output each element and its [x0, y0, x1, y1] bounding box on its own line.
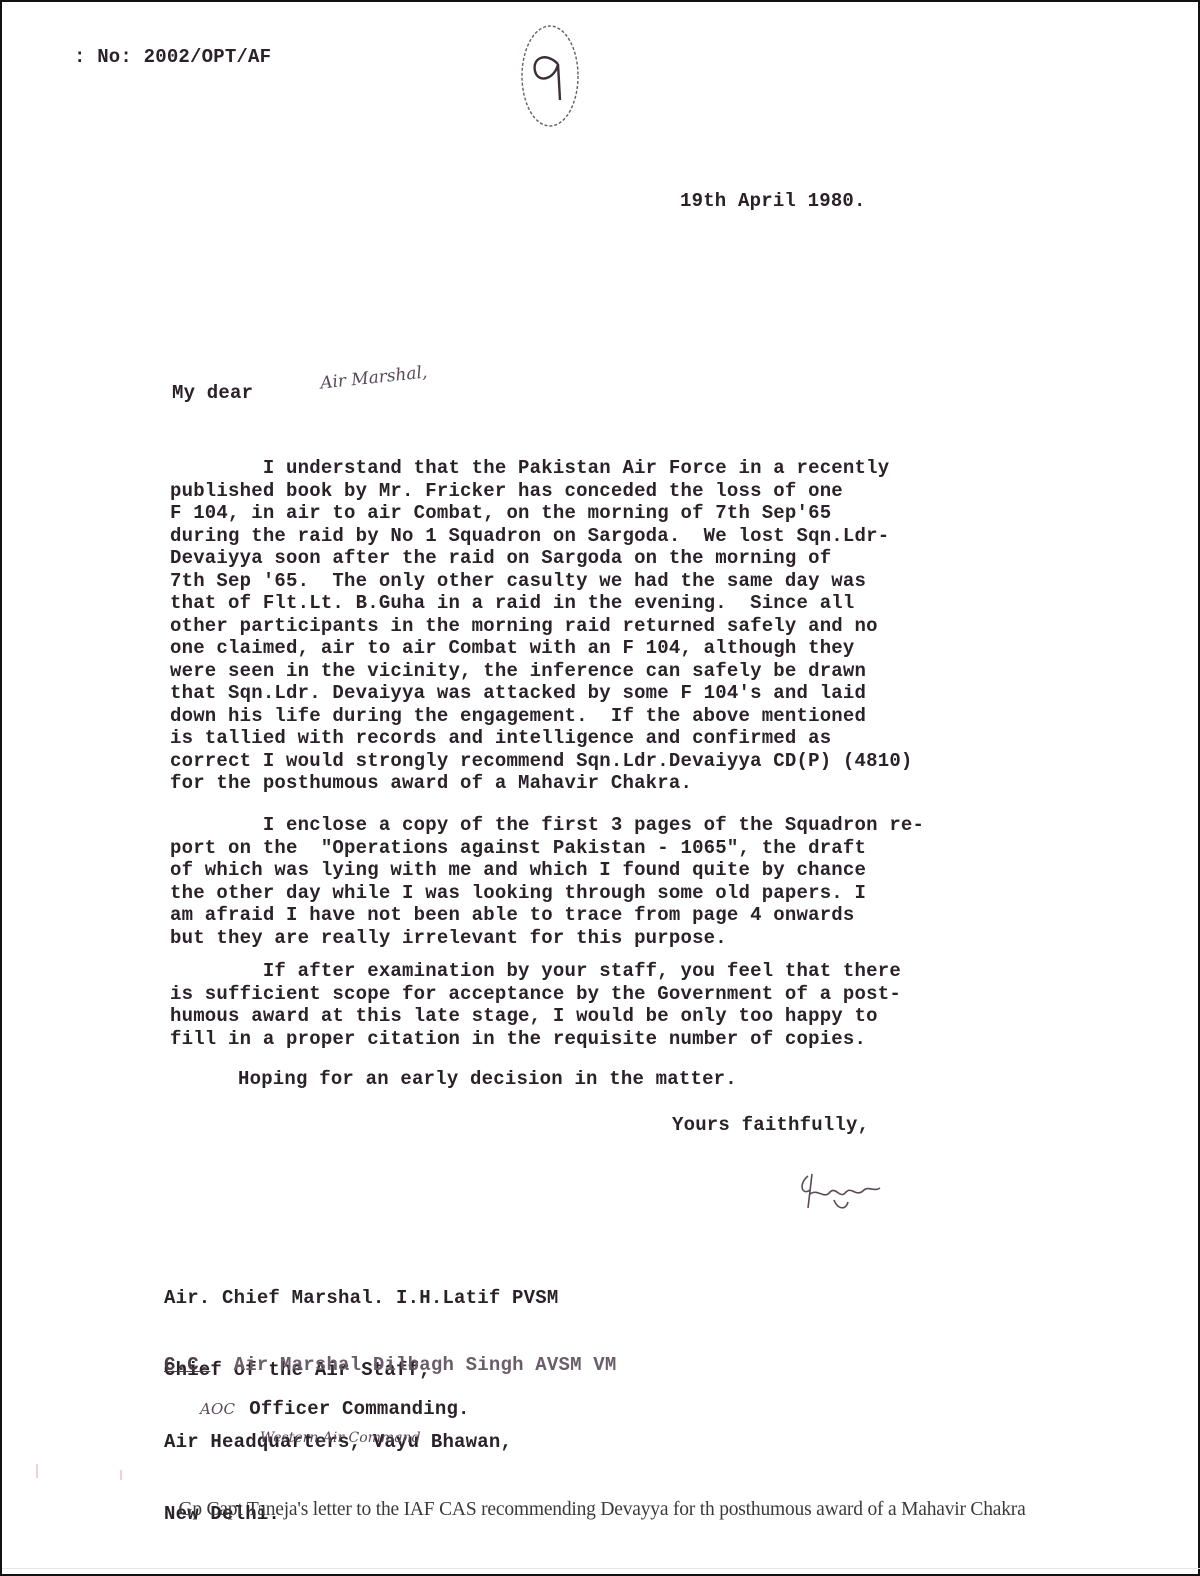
scan-mark	[120, 1470, 122, 1480]
closing: Yours faithfully,	[672, 1114, 869, 1137]
oc-line: AOCOfficer Commanding.	[200, 1398, 470, 1421]
cc-label: C.C.	[164, 1354, 210, 1376]
oc-handwritten-prefix: AOC	[200, 1400, 235, 1418]
folio-number-circle	[514, 20, 586, 132]
addressee-line: Air. Chief Marshal. I.H.Latif PVSM	[164, 1286, 558, 1310]
paragraph-enclosure: I enclose a copy of the first 3 pages of…	[170, 814, 924, 949]
oc-recipient: Officer Commanding.	[249, 1398, 469, 1420]
paragraph-closing-hope: Hoping for an early decision in the matt…	[238, 1068, 737, 1091]
signature	[794, 1170, 884, 1214]
letter-date: 19th April 1980.	[680, 190, 866, 213]
paragraph-recommendation: I understand that the Pakistan Air Force…	[170, 457, 913, 795]
paragraph-citation-offer: If after examination by your staff, you …	[170, 960, 901, 1050]
document-page: : No: 2002/OPT/AF 9 19th April 1980. My …	[0, 0, 1200, 1576]
salutation: My dear	[172, 382, 253, 405]
figure-caption: Gp Capt Taneja's letter to the IAF CAS r…	[2, 1499, 1200, 1521]
cc-recipient: Air Marshal Dilbagh Singh AVSM VM	[234, 1354, 617, 1376]
salutation-handwritten: Air Marshal,	[319, 362, 428, 393]
cc-line: C.C. Air Marshal Dilbagh Singh AVSM VM	[164, 1354, 617, 1377]
oc-handwritten-note: Western Air Command	[260, 1430, 421, 1446]
divider	[2, 1568, 1200, 1569]
scan-mark	[36, 1464, 38, 1478]
reference-number: : No: 2002/OPT/AF	[74, 46, 271, 69]
